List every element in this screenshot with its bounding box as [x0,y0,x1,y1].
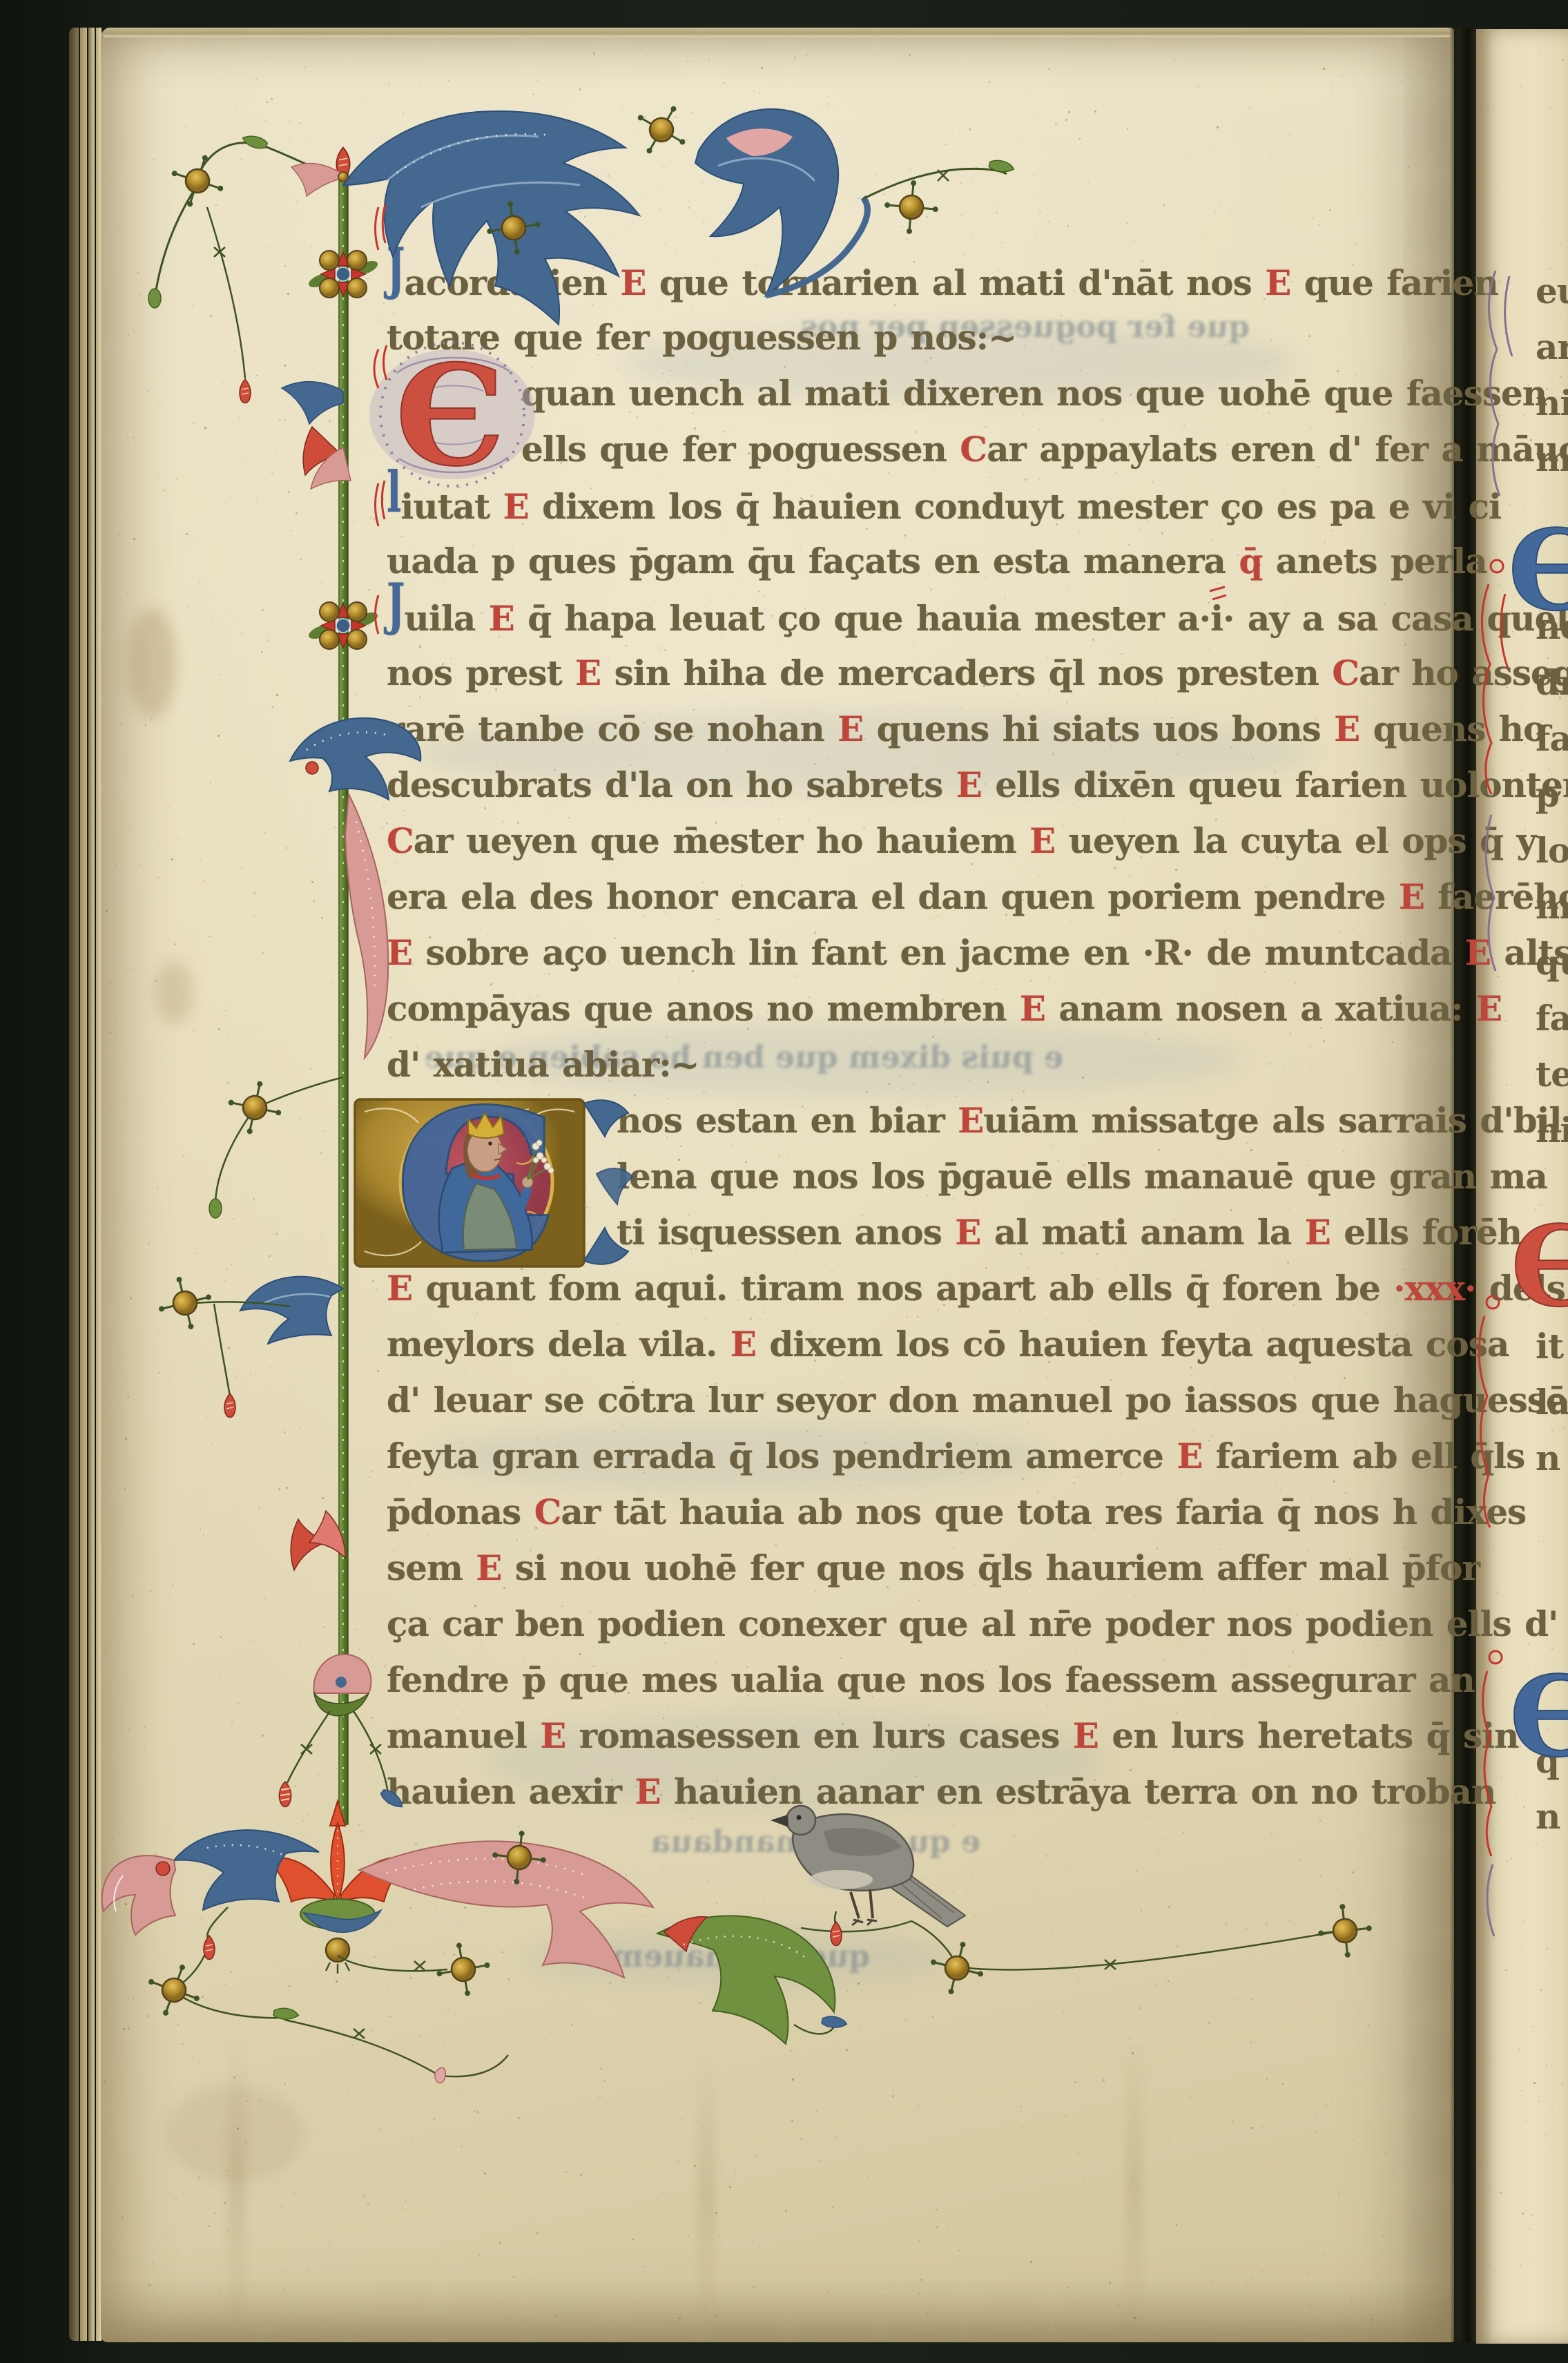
facing-initial: Є [1509,1652,1568,1782]
bottom-right-scroll [359,1841,835,2044]
acanthus-mid-ornament [290,718,420,1058]
calyx-flower [313,1655,371,1716]
opening-initial: Є [369,335,535,497]
border-stem [339,173,348,1824]
illumination-layer: Є Є [0,0,1568,2363]
acanthus-top-scroll [148,109,1015,403]
facing-page-flourishes: Є Є Є [1479,271,1568,1936]
pink-leaf-icon [435,2067,445,2083]
king-portrait-initial: Є [355,1063,632,1307]
red-leaf-cluster [291,1511,345,1570]
manuscript-photo: que fer poguessen per nose puis dixem qu… [0,0,1568,2363]
fleur-de-lis [268,1801,407,1974]
facing-initial: Є [1511,1202,1568,1331]
bird-figure [771,1806,965,1927]
facing-initial: Є [1508,505,1568,635]
opening-initial-glyph: Є [395,335,505,497]
